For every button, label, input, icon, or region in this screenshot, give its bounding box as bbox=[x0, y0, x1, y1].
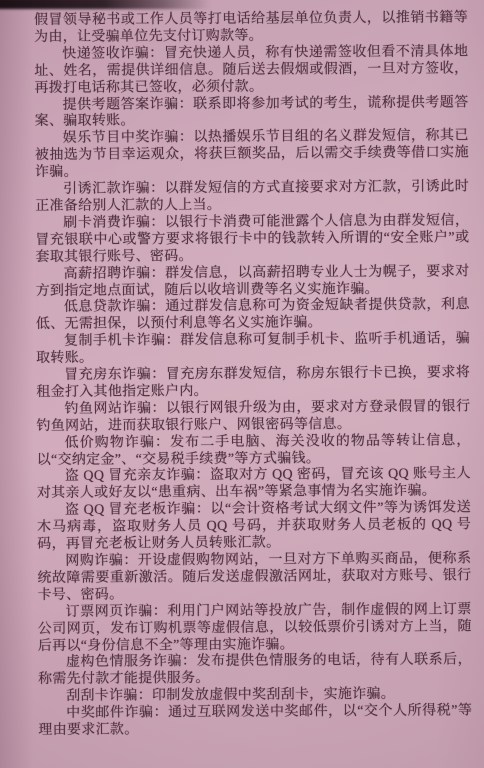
intro-paragraph: 假冒领导秘书或工作人员等打电话给基层单位负责人，以推销书籍等为由，让受骗单位先支… bbox=[34, 10, 468, 46]
fraud-term: 盗 QQ 冒充老板诈骗： bbox=[65, 502, 210, 518]
fraud-term: 订票网页诈骗： bbox=[66, 604, 168, 620]
fraud-entry: 冒充房东诈骗：冒充房东群发短信，称房东银行卡已换，要求将租金打入其他指定账户内。 bbox=[36, 365, 470, 401]
fraud-term: 提供考题答案诈骗： bbox=[63, 97, 194, 113]
fraud-entry: 刷卡消费诈骗：以银行卡消费可能泄露个人信息为由群发短信，冒充银联中心或警方要求将… bbox=[35, 213, 469, 266]
fraud-entry: 提供考题答案诈骗：联系即将参加考试的考生，谎称提供考题答案、骗取转账。 bbox=[35, 95, 469, 131]
fraud-term: 引诱汇款诈骗： bbox=[63, 181, 165, 197]
fraud-entry: 快递签收诈骗：冒充快递人员，称有快递需签收但看不清具体地址、姓名，需提供详细信息… bbox=[34, 44, 468, 97]
fraud-term: 网购诈骗： bbox=[65, 553, 138, 568]
fraud-entry: 复制手机卡诈骗：群发信息称可复制手机卡、监听手机通话，骗取转账。 bbox=[36, 332, 470, 368]
fraud-entry: 订票网页诈骗：利用门户网站等投放广告，制作虚假的网上订票公司网页，发布订购机票等… bbox=[38, 602, 472, 655]
fraud-description: 印制发放虚假中奖刮刮卡，实施诈骗。 bbox=[152, 687, 395, 703]
fraud-term: 盗 QQ 冒充亲友诈骗： bbox=[65, 468, 210, 484]
fraud-entry: 盗 QQ 冒充老板诈骗：以“会计资格考试大纲文件”等为诱饵发送木马病毒，盗取财务… bbox=[37, 501, 471, 554]
fraud-entry: 引诱汇款诈骗：以群发短信的方式直接要求对方汇款，引诱此时正准备给别人汇款的人上当… bbox=[35, 179, 469, 215]
fraud-term: 娱乐节目中奖诈骗： bbox=[63, 130, 194, 146]
fraud-term: 冒充房东诈骗： bbox=[64, 367, 166, 383]
fraud-entry: 低息贷款诈骗：通过群发信息称可为资金短缺者提供贷款，利息低、无需担保，以预付利息… bbox=[36, 298, 470, 334]
fraud-term: 低价购物诈骗： bbox=[65, 435, 171, 451]
fraud-entry: 中奖邮件诈骗：通过互联网发送中奖邮件，以“交个人所得税”等理由要求汇款。 bbox=[38, 703, 472, 739]
photo-edge-shadow bbox=[0, 0, 211, 9]
fraud-term: 高薪招聘诈骗： bbox=[64, 266, 166, 282]
fraud-entry: 钓鱼网站诈骗：以银行网银升级为由，要求对方登录假冒的银行钓鱼网站，进而获取银行账… bbox=[36, 399, 470, 435]
fraud-term: 中奖邮件诈骗： bbox=[66, 705, 168, 721]
fraud-term: 刮刮卡诈骗： bbox=[66, 689, 152, 705]
fraud-entry: 娱乐节目中奖诈骗：以热播娱乐节目组的名义群发短信，称其已被抽选为节目幸运观众，将… bbox=[35, 129, 469, 182]
fraud-term: 复制手机卡诈骗： bbox=[64, 333, 180, 349]
fraud-term: 快递签收诈骗： bbox=[62, 46, 164, 62]
fraud-entry: 盗 QQ 冒充亲友诈骗：盗取对方 QQ 密码，冒充该 QQ 账号主人对其亲人或好… bbox=[37, 467, 471, 503]
fraud-term: 刷卡消费诈骗： bbox=[63, 215, 165, 231]
paper-content: 假冒领导秘书或工作人员等打电话给基层单位负责人，以推销书籍等为由，让受骗单位先支… bbox=[34, 10, 472, 740]
fraud-entry: 高薪招聘诈骗：群发信息，以高薪招聘专业人士为幌子，要求对方到指定地点面试，随后以… bbox=[36, 264, 470, 300]
fraud-term: 钓鱼网站诈骗： bbox=[64, 401, 166, 417]
fraud-entry: 网购诈骗：开设虚假购物网站，一旦对方下单购买商品，便称系统故障需要重新激活。随后… bbox=[37, 551, 471, 604]
fraud-term: 虚构色情服务诈骗： bbox=[66, 654, 197, 670]
fraud-entry: 虚构色情服务诈骗：发布提供色情服务的电话，待有人联系后，称需先付款才能提供服务。 bbox=[38, 653, 472, 689]
document-photo: 假冒领导秘书或工作人员等打电话给基层单位负责人，以推销书籍等为由，让受骗单位先支… bbox=[0, 0, 484, 768]
fraud-term: 低息贷款诈骗： bbox=[64, 300, 166, 316]
fraud-entry: 低价购物诈骗：发布二手电脑、海关没收的物品等转让信息，以“交纳定金”、“交易税手… bbox=[37, 433, 471, 469]
